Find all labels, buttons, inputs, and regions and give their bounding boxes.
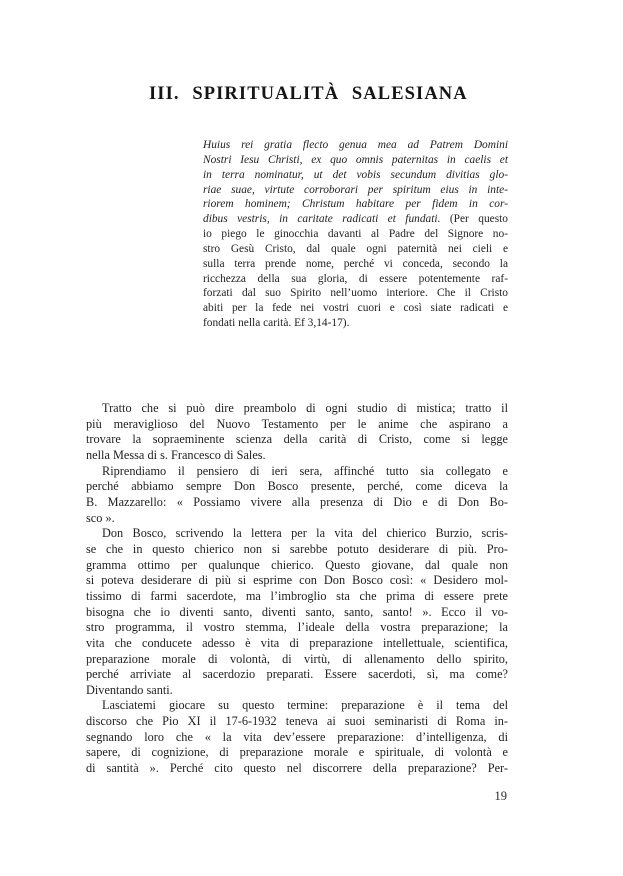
body-line: trovare la sopraeminente scienza della c… <box>86 432 508 448</box>
body-text: Tratto che si può dire preambolo di ogni… <box>86 401 508 777</box>
latin-italic-segment: dibus vestris, in caritate radicati et f… <box>203 213 440 225</box>
body-line: tissimo di farmi sacerdote, ma l’imbrogl… <box>86 589 508 605</box>
body-line: più meraviglioso del Nuovo Testamento pe… <box>86 417 508 433</box>
latin-italic-segment: riae suae, virtute corroborari per spiri… <box>203 184 508 196</box>
quote-line: io piego le ginocchia davanti al Padre d… <box>203 227 508 242</box>
body-line: perché arriviate al sacerdozio preparati… <box>86 667 508 683</box>
quote-line: riae suae, virtute corroborari per spiri… <box>203 183 508 198</box>
page-number: 19 <box>86 789 507 804</box>
body-line: preparazione morale di volontà, di virtù… <box>86 652 508 668</box>
quote-line: ricchezza della sua gloria, di essere po… <box>203 272 508 287</box>
body-line: discorso che Pio XI il 17-6-1932 teneva … <box>86 714 508 730</box>
body-line: Tratto che si può dire preambolo di ogni… <box>86 401 508 417</box>
body-line: se che in questo chierico non si sarebbe… <box>86 542 508 558</box>
latin-italic-segment: Nostri Iesu Christi, ex quo omnis patern… <box>203 154 508 166</box>
body-line: di santità ». Perché cito questo nel dis… <box>86 761 508 777</box>
body-line: Lasciatemi giocare su questo termine: pr… <box>86 698 508 714</box>
body-line: bisogna che io diventi santo, diventi sa… <box>86 605 508 621</box>
quote-line: in terra nominatur, ut det vobis secundu… <box>203 168 508 183</box>
quote-line: Nostri Iesu Christi, ex quo omnis patern… <box>203 153 508 168</box>
paragraph: Riprendiamo il pensiero di ieri sera, af… <box>86 464 508 527</box>
body-line: gramma ottimo per qualunque chierico. Qu… <box>86 558 508 574</box>
latin-italic-segment: Huius rei gratia flecto genua mea ad Pat… <box>203 139 508 151</box>
quote-line: abiti per la fede nei vostri cuori e cos… <box>203 301 508 316</box>
scanned-page: III. SPIRITUALITÀ SALESIANA Huius rei gr… <box>0 0 623 876</box>
body-line: nella Messa di s. Francesco di Sales. <box>86 448 508 464</box>
body-line: Diventando santi. <box>86 683 508 699</box>
quote-line: sulla terra prende nome, perché vi conce… <box>203 257 508 272</box>
paragraph: Lasciatemi giocare su questo termine: pr… <box>86 698 508 776</box>
paragraph: Don Bosco, scrivendo la lettera per la v… <box>86 526 508 698</box>
chapter-heading: III. SPIRITUALITÀ SALESIANA <box>149 84 468 105</box>
paragraph: Tratto che si può dire preambolo di ogni… <box>86 401 508 464</box>
quote-line: Huius rei gratia flecto genua mea ad Pat… <box>203 138 508 153</box>
quote-line: fondati nella carità. Ef 3,14-17). <box>203 316 508 331</box>
body-line: segnando loro che « la vita dev’essere p… <box>86 730 508 746</box>
quote-line: dibus vestris, in caritate radicati et f… <box>203 212 508 227</box>
body-line: Don Bosco, scrivendo la lettera per la v… <box>86 526 508 542</box>
latin-italic-segment: in terra nominatur, ut det vobis secundu… <box>203 169 508 181</box>
quote-line: riorem hominem; Christum habitare per fi… <box>203 197 508 212</box>
body-line: sco ». <box>86 511 508 527</box>
body-line: vita che conducete adesso è vita di prep… <box>86 636 508 652</box>
body-line: si poteva desiderare di più si esprime c… <box>86 573 508 589</box>
quote-block: Huius rei gratia flecto genua mea ad Pat… <box>203 138 508 331</box>
latin-italic-segment: riorem hominem; Christum habitare per fi… <box>203 198 508 210</box>
body-line: B. Mazzarello: « Possiamo vivere alla pr… <box>86 495 508 511</box>
quote-line: forzati dal suo Spirito nell’uomo interi… <box>203 286 508 301</box>
body-line: Riprendiamo il pensiero di ieri sera, af… <box>86 464 508 480</box>
body-line: sapere, di cognizione, di preparazione m… <box>86 745 508 761</box>
body-line: perché abbiamo sempre Don Bosco presente… <box>86 479 508 495</box>
quote-line: stro Gesù Cristo, dal quale ogni paterni… <box>203 242 508 257</box>
body-line: stro programma, il vostro stemma, l’idea… <box>86 620 508 636</box>
